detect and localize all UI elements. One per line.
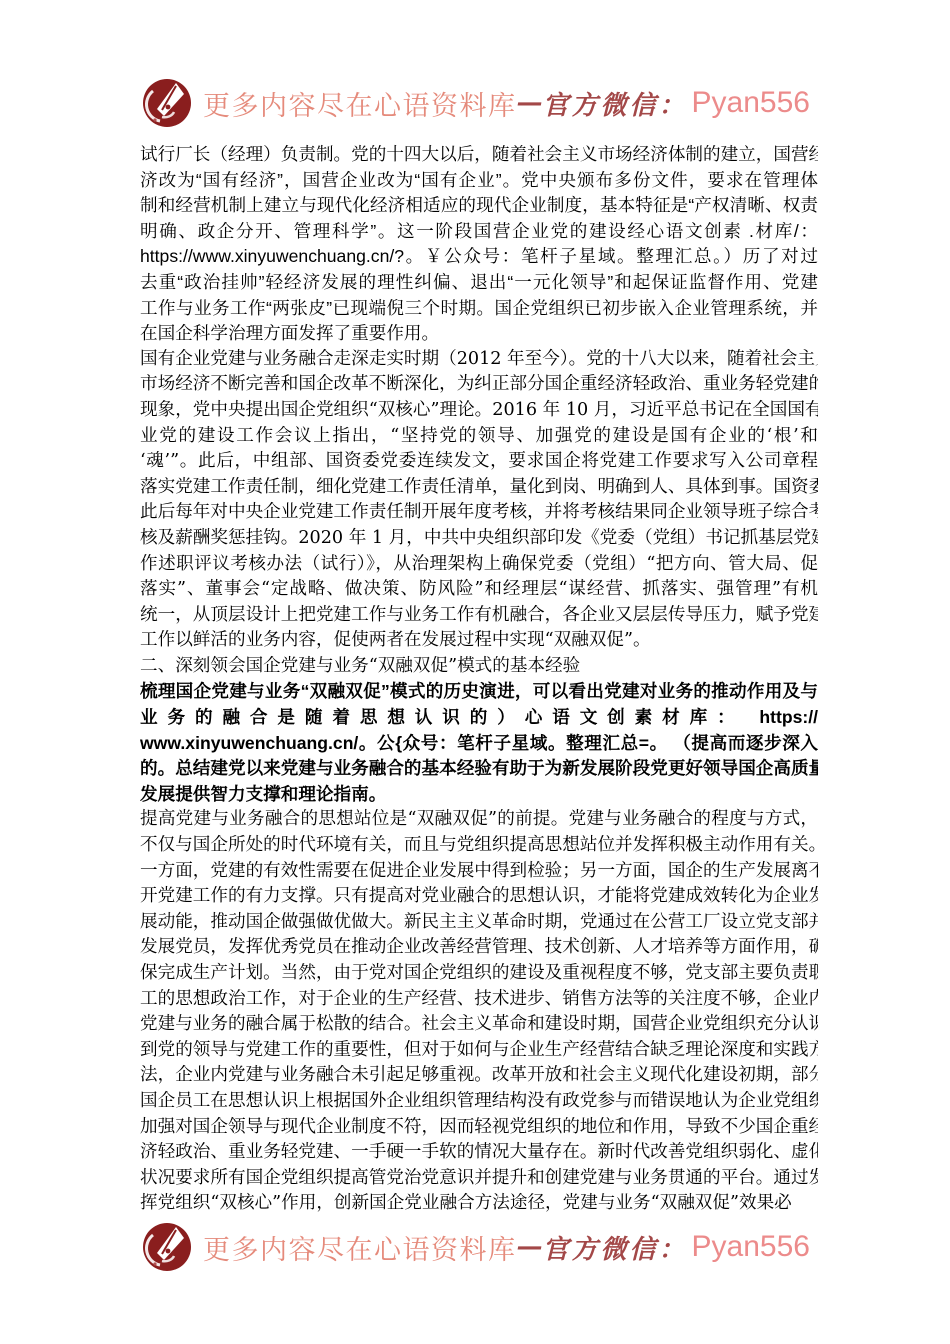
text-line: 二、深刻领会国企党建与业务“双融双促”模式的基本经验 (140, 654, 818, 680)
text-line: 落实党建工作责任制，细化党建工作责任清单，量化到岗、明确到人、具体到事。国资委 (140, 475, 818, 501)
text-line: 一方面，党建的有效性需要在促进企业发展中得到检验；另一方面，国企的生产发展离不 (140, 859, 818, 885)
text-line: 业党的建设工作会议上指出，“坚持党的领导、加强党的建设是国有企业的‘根’和 (140, 424, 818, 450)
brand-library-text: 更多内容尽在心语资料库 (203, 1228, 517, 1267)
text-line: 发展党员，发挥优秀党员在推动企业改善经营管理、技术创新、人才培养等方面作用，确 (140, 935, 818, 961)
text-line: 法，企业内党建与业务融合未引起足够重视。改革开放和社会主义现代化建设初期，部分 (140, 1063, 818, 1089)
text-line: 济轻政治、重业务轻党建、一手硬一手软的情况大量存在。新时代改善党组织弱化、虚化 (140, 1140, 818, 1166)
text-line: 提高党建与业务融合的思想站位是“双融双促”的前提。党建与业务融合的程度与方式， (140, 807, 818, 833)
text-line: 状况要求所有国企党组织提高管党治党意识并提升和创建党建与业务贯通的平台。通过发 (140, 1166, 818, 1192)
text-line: 国有企业党建与业务融合走深走实时期（2012 年至今）。党的十八大以来，随着社会… (140, 347, 818, 373)
text-line: 落实”、董事会“定战略、做决策、防风险”和经理层“谋经营、抓落实、强管理”有机 (140, 577, 818, 603)
text-line: 济改为“国有经济”，国营企业改为“国有企业”。党中央颁布多份文件，要求在管理体 (140, 168, 818, 194)
text-line: 工作以鲜活的业务内容，促使两者在发展过程中实现“双融双促”。 (140, 628, 818, 654)
text-line: 市场经济不断完善和国企改革不断深化，为纠正部分国企重经济轻政治、重业务轻党建的 (140, 372, 818, 398)
section-heading: 二、深刻领会国企党建与业务“双融双促”模式的基本经验 (140, 654, 818, 680)
text-line: 加强对国企领导与现代企业制度不符，因而轻视党组织的地位和作用，导致不少国企重经 (140, 1115, 818, 1141)
text-line: 此后每年对中央企业党建工作责任制开展年度考核，并将考核结果同企业领导班子综合考 (140, 500, 818, 526)
text-line: 核及薪酬奖惩挂钩。2020 年 1 月，中共中央组织部印发《党委（党组）书记抓基… (140, 526, 818, 552)
text-line: 业务的融合是随着思想认识的）心语文创素材库： https:// (140, 705, 818, 731)
text-line: 工的思想政治工作，对于企业的生产经营、技术进步、销售方法等的关注度不够，企业内 (140, 987, 818, 1013)
text-line: 工作与业务工作“两张皮”已现端倪三个时期。国企党组织已初步嵌入企业管理系统，并 (140, 296, 818, 322)
text-line: 挥党组织“双核心”作用，创新国企党业融合方法途径，党建与业务“双融双促”效果必 (140, 1191, 818, 1217)
brand-library-text: 更多内容尽在心语资料库 (203, 84, 517, 123)
text-line: 现象，党中央提出国企党组织“双核心”理论。2016 年 10 月，习近平总书记在… (140, 398, 818, 424)
text-line: 作述职评议考核办法（试行）》，从治理架构上确保党委（党组）“把方向、管大局、促 (140, 552, 818, 578)
text-line: 开党建工作的有力支撑。只有提高对党业融合的思想认识，才能将党建成效转化为企业发 (140, 884, 818, 910)
document-page: 更多内容尽在心语资料库 — 官方微信： Pyan556 试行厂长（经理）负责制。… (0, 0, 950, 1344)
text-line: www.xinyuwenchuang.cn/。公{众号：笔杆子星域。整理汇总=。… (140, 731, 818, 757)
brand-dash: — (517, 1232, 543, 1262)
text-line: 去重“政治挂帅”轻经济发展的理性纠偏、退出“一元化领导”和起保证监督作用、党建 (140, 270, 818, 296)
brand-wechat-id: Pyan556 (692, 86, 810, 120)
paragraph-deepening-period: 国有企业党建与业务融合走深走实时期（2012 年至今）。党的十八大以来，随着社会… (140, 347, 818, 654)
paragraph-experience-summary: 梳理国企党建与业务“双融双促”模式的历史演进，可以看出党建对业务的推动作用及与业… (140, 679, 818, 807)
text-line: 保完成生产计划。当然，由于党对国企党组织的建设及重视程度不够，党支部主要负责职 (140, 961, 818, 987)
text-line: 明确、政企分开、管理科学”。这一阶段国营企业党的建设经心语文创素 .材库/： (140, 219, 818, 245)
brand-dash: — (517, 88, 543, 118)
text-line: 不仅与国企所处的时代环境有关，而且与党组织提高思想站位并发挥积极主动作用有关。 (140, 833, 818, 859)
footer-watermark: 更多内容尽在心语资料库 — 官方微信： Pyan556 (0, 1220, 950, 1274)
brand-wechat-id: Pyan556 (692, 1230, 810, 1264)
text-line: https://www.xinyuwenchuang.cn/?。￥公众号：笔杆子… (140, 244, 818, 270)
paragraph-ideological-position: 提高党建与业务融合的思想站位是“双融双促”的前提。党建与业务融合的程度与方式，不… (140, 807, 818, 1217)
brand-wechat-label: 官方微信： (543, 1229, 688, 1266)
text-line: 发展提供智力支撑和理论指南。 (140, 782, 818, 808)
text-line: 到党的领导与党建工作的重要性，但对于如何与企业生产经营结合缺乏理论深度和实践方 (140, 1038, 818, 1064)
text-line: 国企员工在思想认识上根据国外企业组织管理结构没有政党参与而错误地认为企业党组织 (140, 1089, 818, 1115)
brand-wechat-label: 官方微信： (543, 85, 688, 122)
pen-nib-logo-icon (140, 1220, 194, 1274)
text-line: 试行厂长（经理）负责制。党的十四大以后，随着社会主义市场经济体制的建立，国营经 (140, 142, 818, 168)
document-body: 试行厂长（经理）负责制。党的十四大以后，随着社会主义市场经济体制的建立，国营经济… (140, 142, 818, 1217)
text-line: 制和经营机制上建立与现代化经济相适应的现代企业制度，基本特征是“产权清晰、权责 (140, 193, 818, 219)
text-line: 的。总结建党以来党建与业务融合的基本经验有助于为新发展阶段党更好领导国企高质量 (140, 756, 818, 782)
text-line: 在国企科学治理方面发挥了重要作用。 (140, 321, 818, 347)
pen-nib-logo-icon (140, 76, 194, 130)
text-line: 统一，从顶层设计上把党建工作与业务工作有机融合，各企业又层层传导压力，赋予党建 (140, 603, 818, 629)
text-line: 梳理国企党建与业务“双融双促”模式的历史演进，可以看出党建对业务的推动作用及与 (140, 679, 818, 705)
text-line: ‘魂’”。此后，中组部、国资委党委连续发文，要求国企将党建工作要求写入公司章程 (140, 449, 818, 475)
header-watermark: 更多内容尽在心语资料库 — 官方微信： Pyan556 (0, 76, 950, 130)
text-line: 党建与业务的融合属于松散的结合。社会主义革命和建设时期，国营企业党组织充分认识 (140, 1012, 818, 1038)
text-line: 展动能，推动国企做强做优做大。新民主主义革命时期，党通过在公营工厂设立党支部并 (140, 910, 818, 936)
paragraph-history-stage: 试行厂长（经理）负责制。党的十四大以后，随着社会主义市场经济体制的建立，国营经济… (140, 142, 818, 347)
